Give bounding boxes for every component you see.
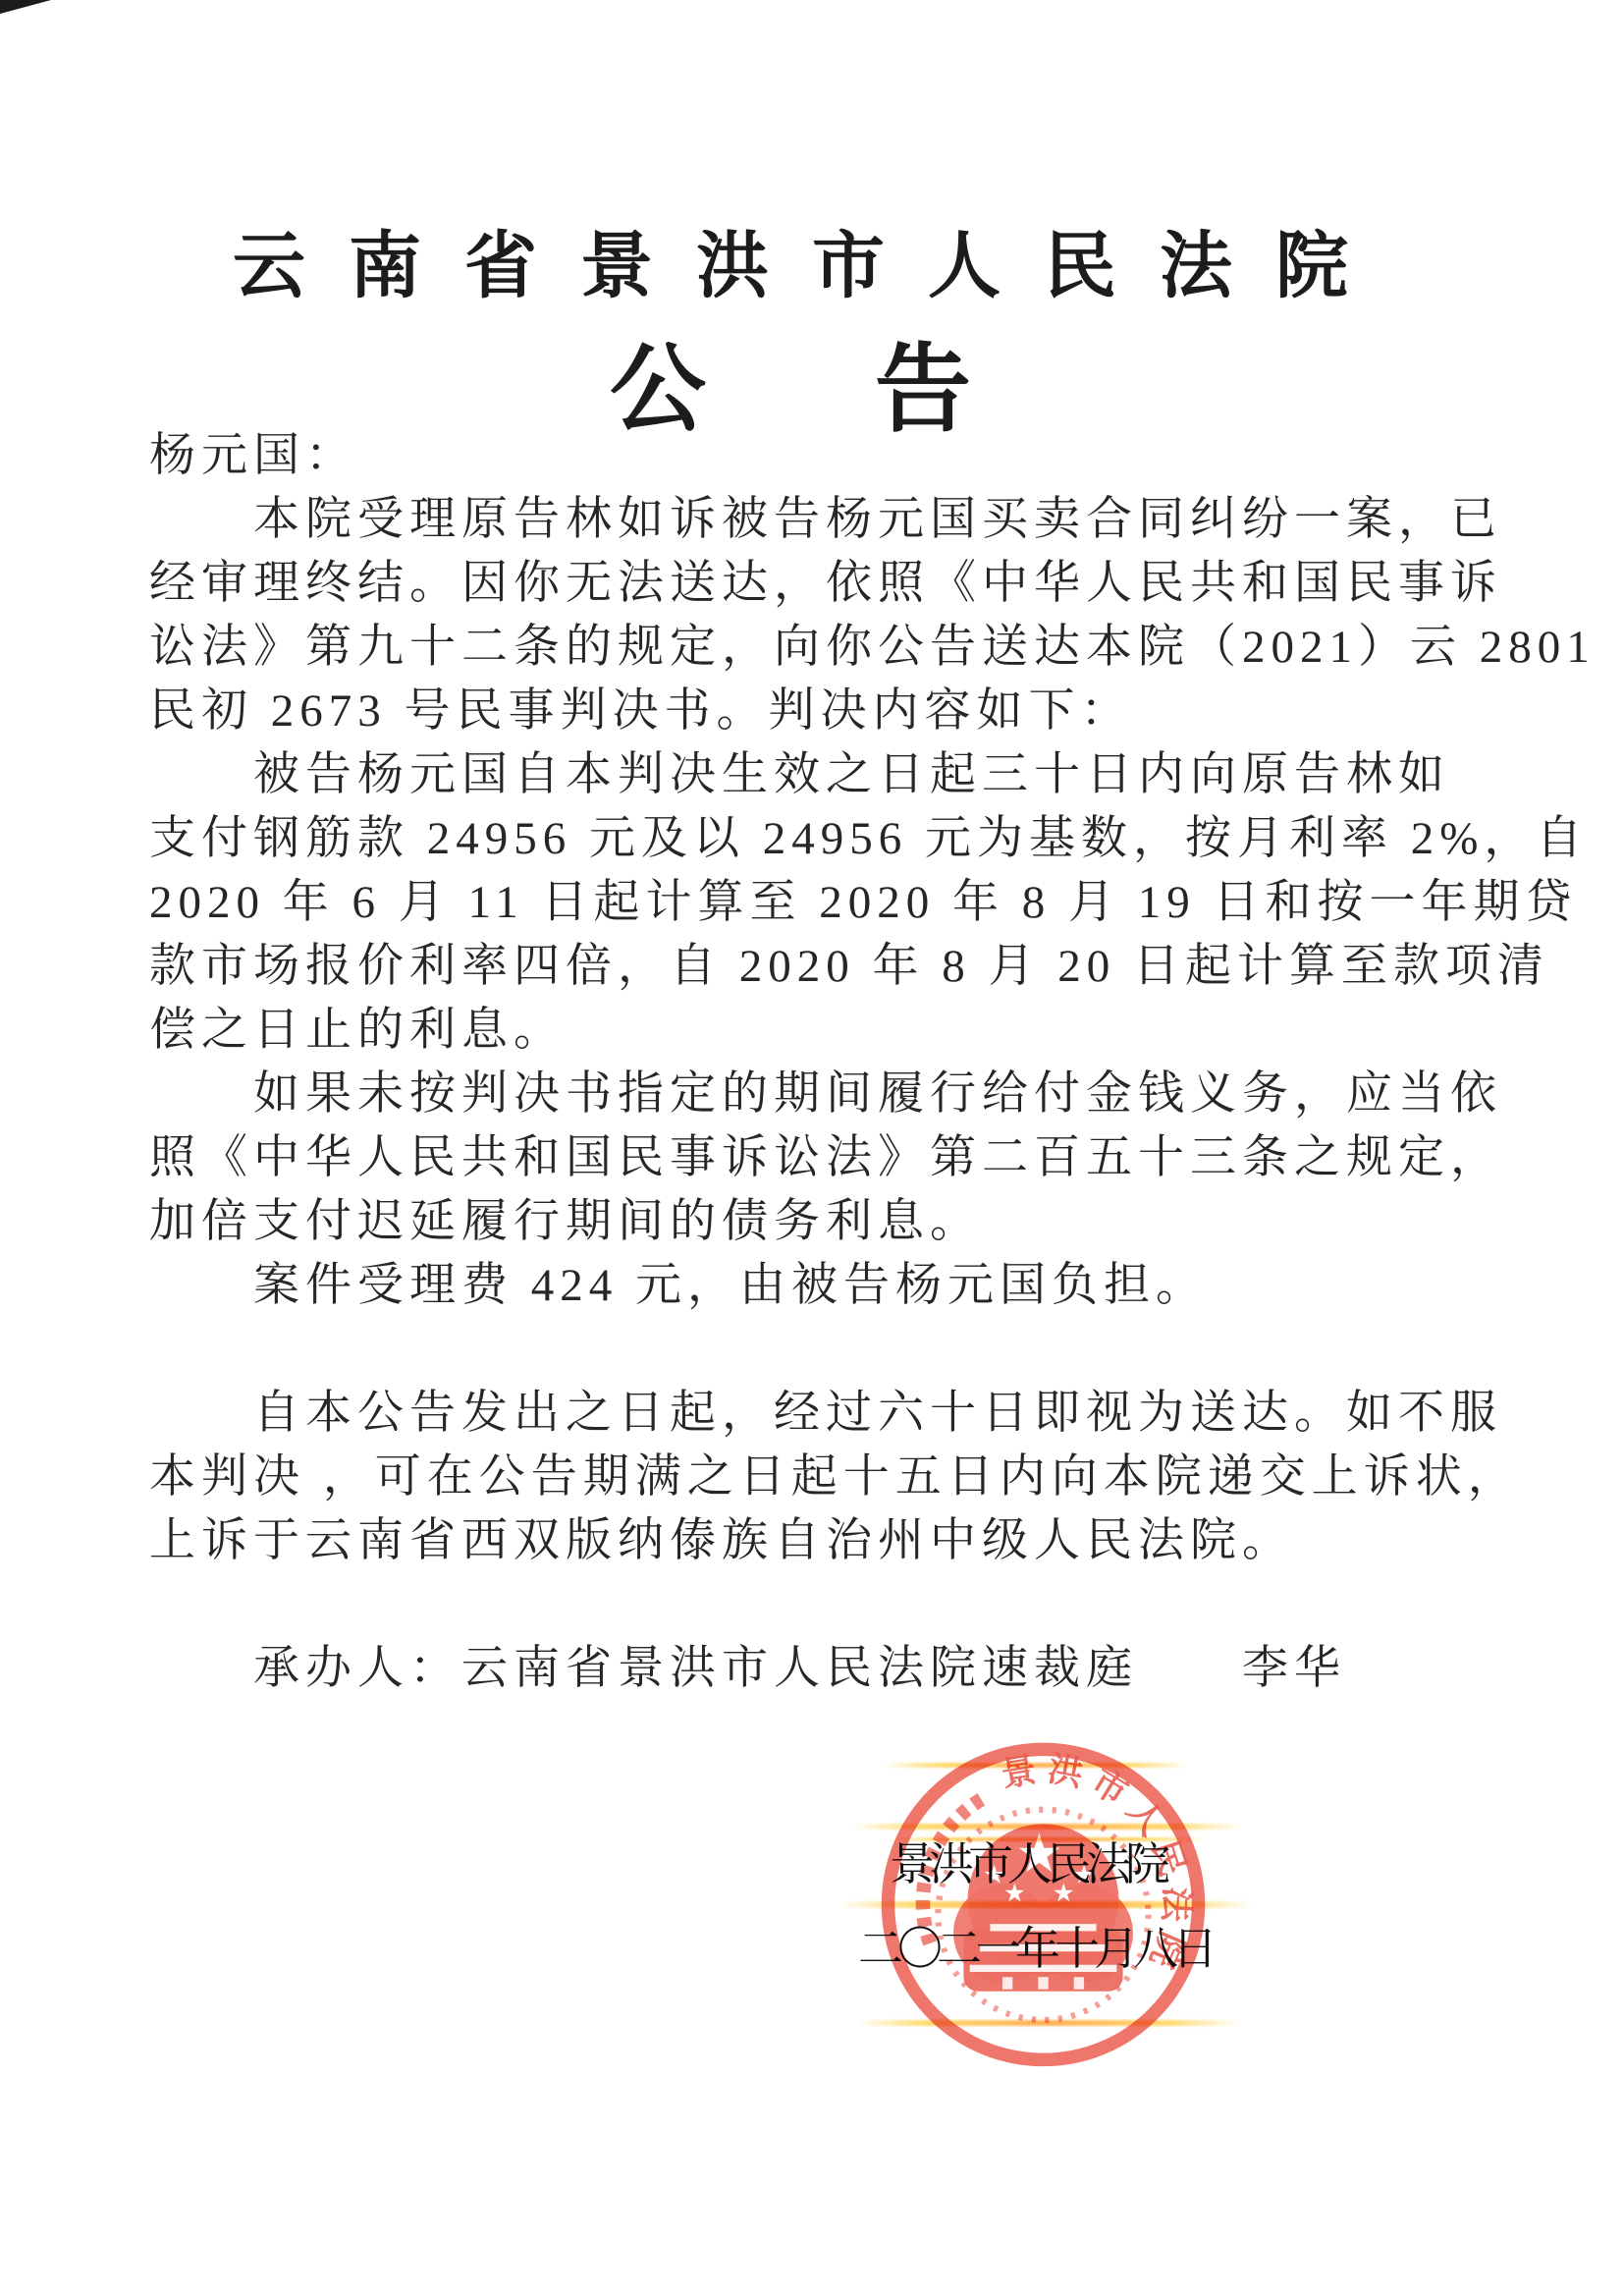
- seal-wheat-ring: [938, 1810, 1148, 2020]
- court-announcement-page: 云南省景洪市人民法院 公告 杨元国： 本院受理原告林如诉被告杨元国买卖合同纠纷一…: [0, 0, 1623, 2296]
- body-line: 如果未按判决书指定的期间履行给付金钱义务，应当依: [149, 1063, 1445, 1126]
- body-line: 自本公告发出之日起，经过六十日即视为送达。如不服: [149, 1382, 1445, 1446]
- body-line: 杨元国：: [149, 424, 1445, 488]
- court-name-heading: 云南省景洪市人民法院: [0, 208, 1581, 312]
- body-line: 照《中华人民共和国民事诉讼法》第二百五十三条之规定，: [149, 1126, 1445, 1190]
- body-line: 加倍支付迟延履行期间的债务利息。: [149, 1190, 1445, 1254]
- scan-streak: [884, 1837, 1208, 1841]
- official-red-seal: 景洪市人民法院: [849, 1714, 1237, 2102]
- body-line: 款市场报价利率四倍，自 2020 年 8 月 20 日起计算至款项清: [149, 935, 1445, 999]
- body-line: 本院受理原告林如诉被告杨元国买卖合同纠纷一案，已: [149, 488, 1445, 552]
- closing-court-name: 景洪市人民法院: [890, 1829, 1164, 1893]
- seal-outer-ring: [889, 1749, 1199, 2059]
- body-line: 上诉于云南省西双版纳傣族自治州中级人民法院。: [149, 1509, 1445, 1573]
- body-line: 本判决 ，可在公告期满之日起十五日内向本院递交上诉状，: [149, 1446, 1445, 1509]
- scan-corner-artifact: [0, 0, 51, 14]
- scan-streak: [884, 1763, 1188, 1768]
- seal-ring-text: 景洪市人民法院: [999, 1750, 1196, 1982]
- scan-streak: [852, 1824, 1243, 1830]
- body-line: 讼法》第九十二条的规定，向你公告送达本院（2021）云 2801: [149, 616, 1445, 680]
- seal-national-emblem: [953, 1824, 1133, 1991]
- body-line: 承办人：云南省景洪市人民法院速裁庭 李华: [149, 1637, 1445, 1701]
- body-line: [149, 1318, 1445, 1382]
- announcement-body: 杨元国： 本院受理原告林如诉被告杨元国买卖合同纠纷一案，已经审理终结。因你无法送…: [149, 424, 1445, 1701]
- body-line: 民初 2673 号民事判决书。判决内容如下：: [149, 680, 1445, 743]
- body-line: 偿之日止的利息。: [149, 999, 1445, 1063]
- body-line: 支付钢筋款 24956 元及以 24956 元为基数，按月利率 2%，自: [149, 807, 1445, 871]
- scan-streak: [856, 2020, 1239, 2026]
- body-line: 被告杨元国自本判决生效之日起三十日内向原告林如: [149, 743, 1445, 807]
- body-line: 案件受理费 424 元，由被告杨元国负担。: [149, 1254, 1445, 1318]
- closing-date: 二〇二一年十月八日: [858, 1913, 1212, 1978]
- seal-dai-script-arc: [923, 1798, 983, 1943]
- body-line: [149, 1573, 1445, 1637]
- scan-streak: [839, 1901, 1252, 1908]
- body-line: 2020 年 6 月 11 日起计算至 2020 年 8 月 19 日和按一年期…: [149, 871, 1445, 935]
- body-line: 经审理终结。因你无法送达，依照《中华人民共和国民事诉: [149, 552, 1445, 616]
